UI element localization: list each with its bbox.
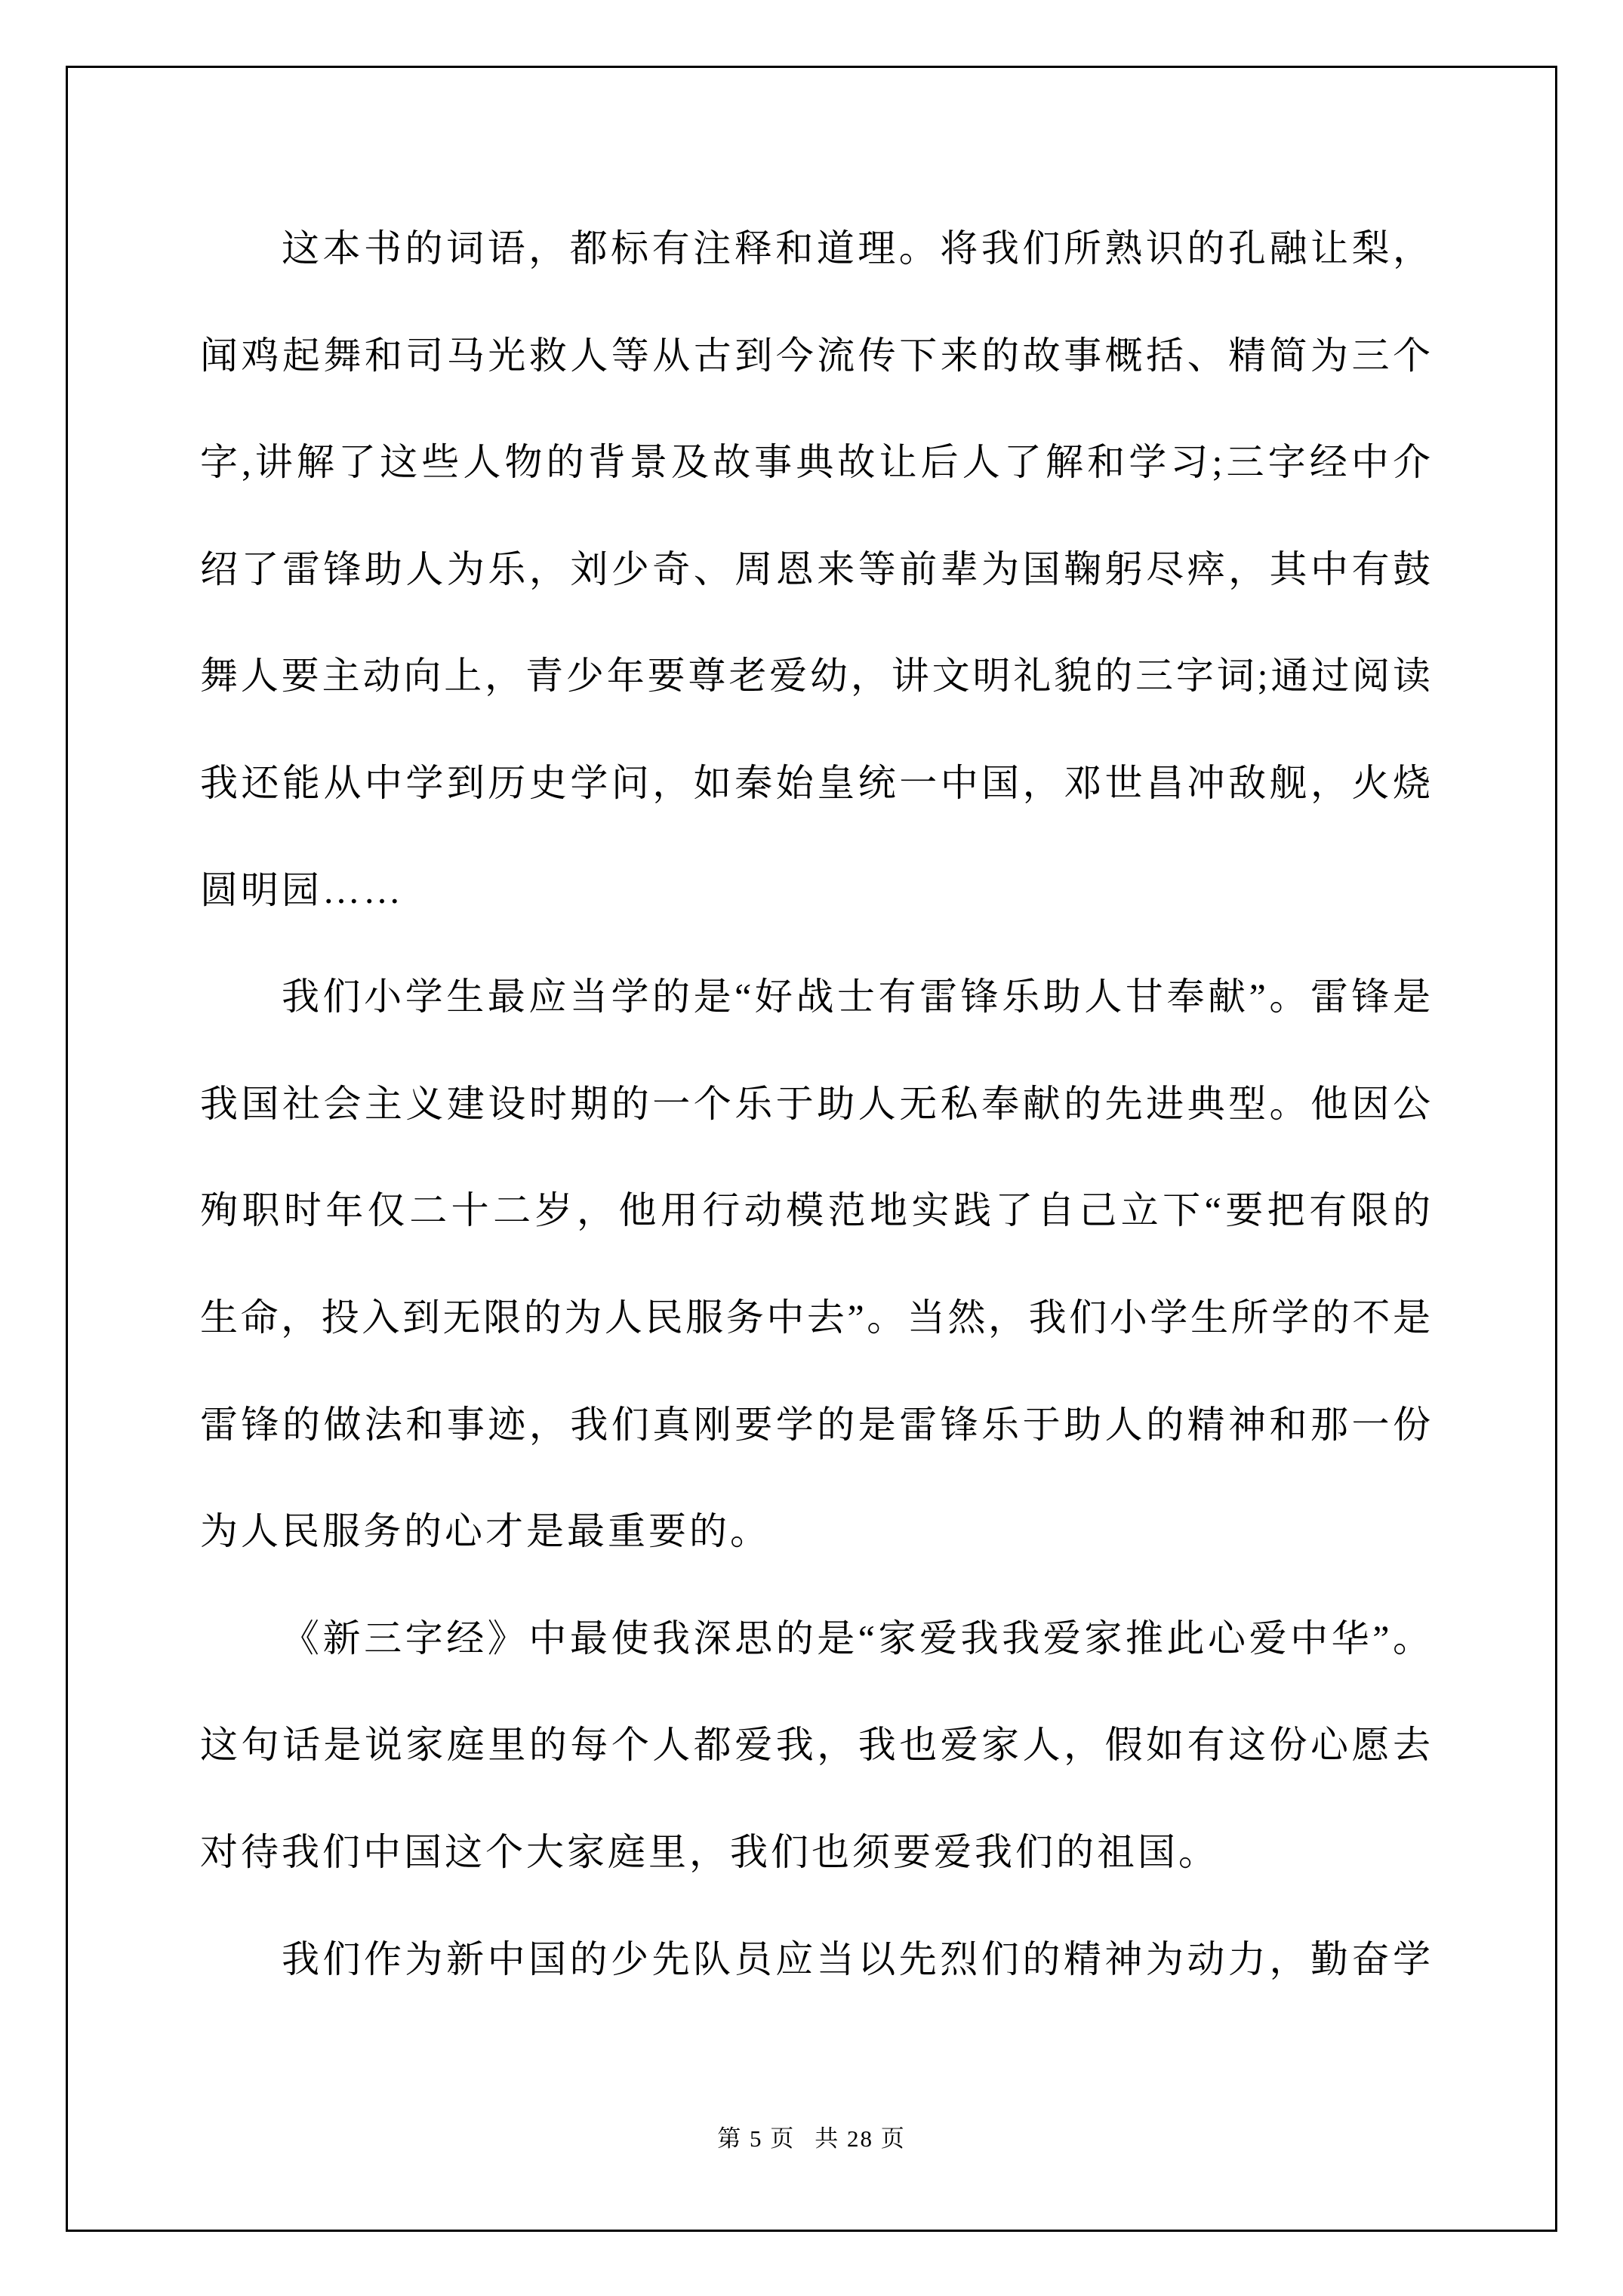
text-line: 这句话是说家庭里的每个人都爱我，我也爱家人，假如有这份心愿去 xyxy=(200,1692,1431,1799)
document-body: 这本书的词语，都标有注释和道理。将我们所熟识的孔融让梨， 闻鸡起舞和司马光救人等… xyxy=(200,196,1431,2013)
text-line: 圆明园…… xyxy=(200,837,1431,945)
text-line: 绍了雷锋助人为乐，刘少奇、周恩来等前辈为国鞠躬尽瘁，其中有鼓 xyxy=(200,516,1431,624)
text-line: 我们小学生最应当学的是“好战士有雷锋乐助人甘奉献”。雷锋是 xyxy=(200,944,1431,1051)
text-line: 字,讲解了这些人物的背景及故事典故让后人了解和学习;三字经中介 xyxy=(200,409,1431,516)
text-line: 殉职时年仅二十二岁，他用行动模范地实践了自己立下“要把有限的 xyxy=(200,1157,1431,1265)
text-line: 生命，投入到无限的为人民服务中去”。当然，我们小学生所学的不是 xyxy=(200,1265,1431,1372)
text-line: 我还能从中学到历史学问，如秦始皇统一中国，邓世昌冲敌舰，火烧 xyxy=(200,730,1431,837)
text-line: 我们作为新中国的少先队员应当以先烈们的精神为动力，勤奋学 xyxy=(200,1906,1431,2014)
page-footer: 第 5 页共 28 页 xyxy=(0,2123,1623,2155)
text-line: 为人民服务的心才是最重要的。 xyxy=(200,1478,1431,1586)
text-line: 闻鸡起舞和司马光救人等从古到今流传下来的故事概括、精简为三个 xyxy=(200,303,1431,410)
text-line: 这本书的词语，都标有注释和道理。将我们所熟识的孔融让梨， xyxy=(200,196,1431,303)
text-line: 舞人要主动向上，青少年要尊老爱幼，讲文明礼貌的三字词;通过阅读 xyxy=(200,623,1431,730)
text-line: 《新三字经》中最使我深思的是“家爱我我爱家推此心爱中华”。 xyxy=(200,1586,1431,1693)
text-line: 对待我们中国这个大家庭里，我们也须要爱我们的祖国。 xyxy=(200,1799,1431,1906)
text-line: 雷锋的做法和事迹，我们真刚要学的是雷锋乐于助人的精神和那一份 xyxy=(200,1372,1431,1479)
document-page: 这本书的词语，都标有注释和道理。将我们所熟识的孔融让梨， 闻鸡起舞和司马光救人等… xyxy=(0,0,1623,2296)
text-line: 我国社会主义建设时期的一个乐于助人无私奉献的先进典型。他因公 xyxy=(200,1051,1431,1158)
page-count-total: 共 28 页 xyxy=(815,2125,906,2152)
page-number-current: 第 5 页 xyxy=(717,2125,795,2152)
